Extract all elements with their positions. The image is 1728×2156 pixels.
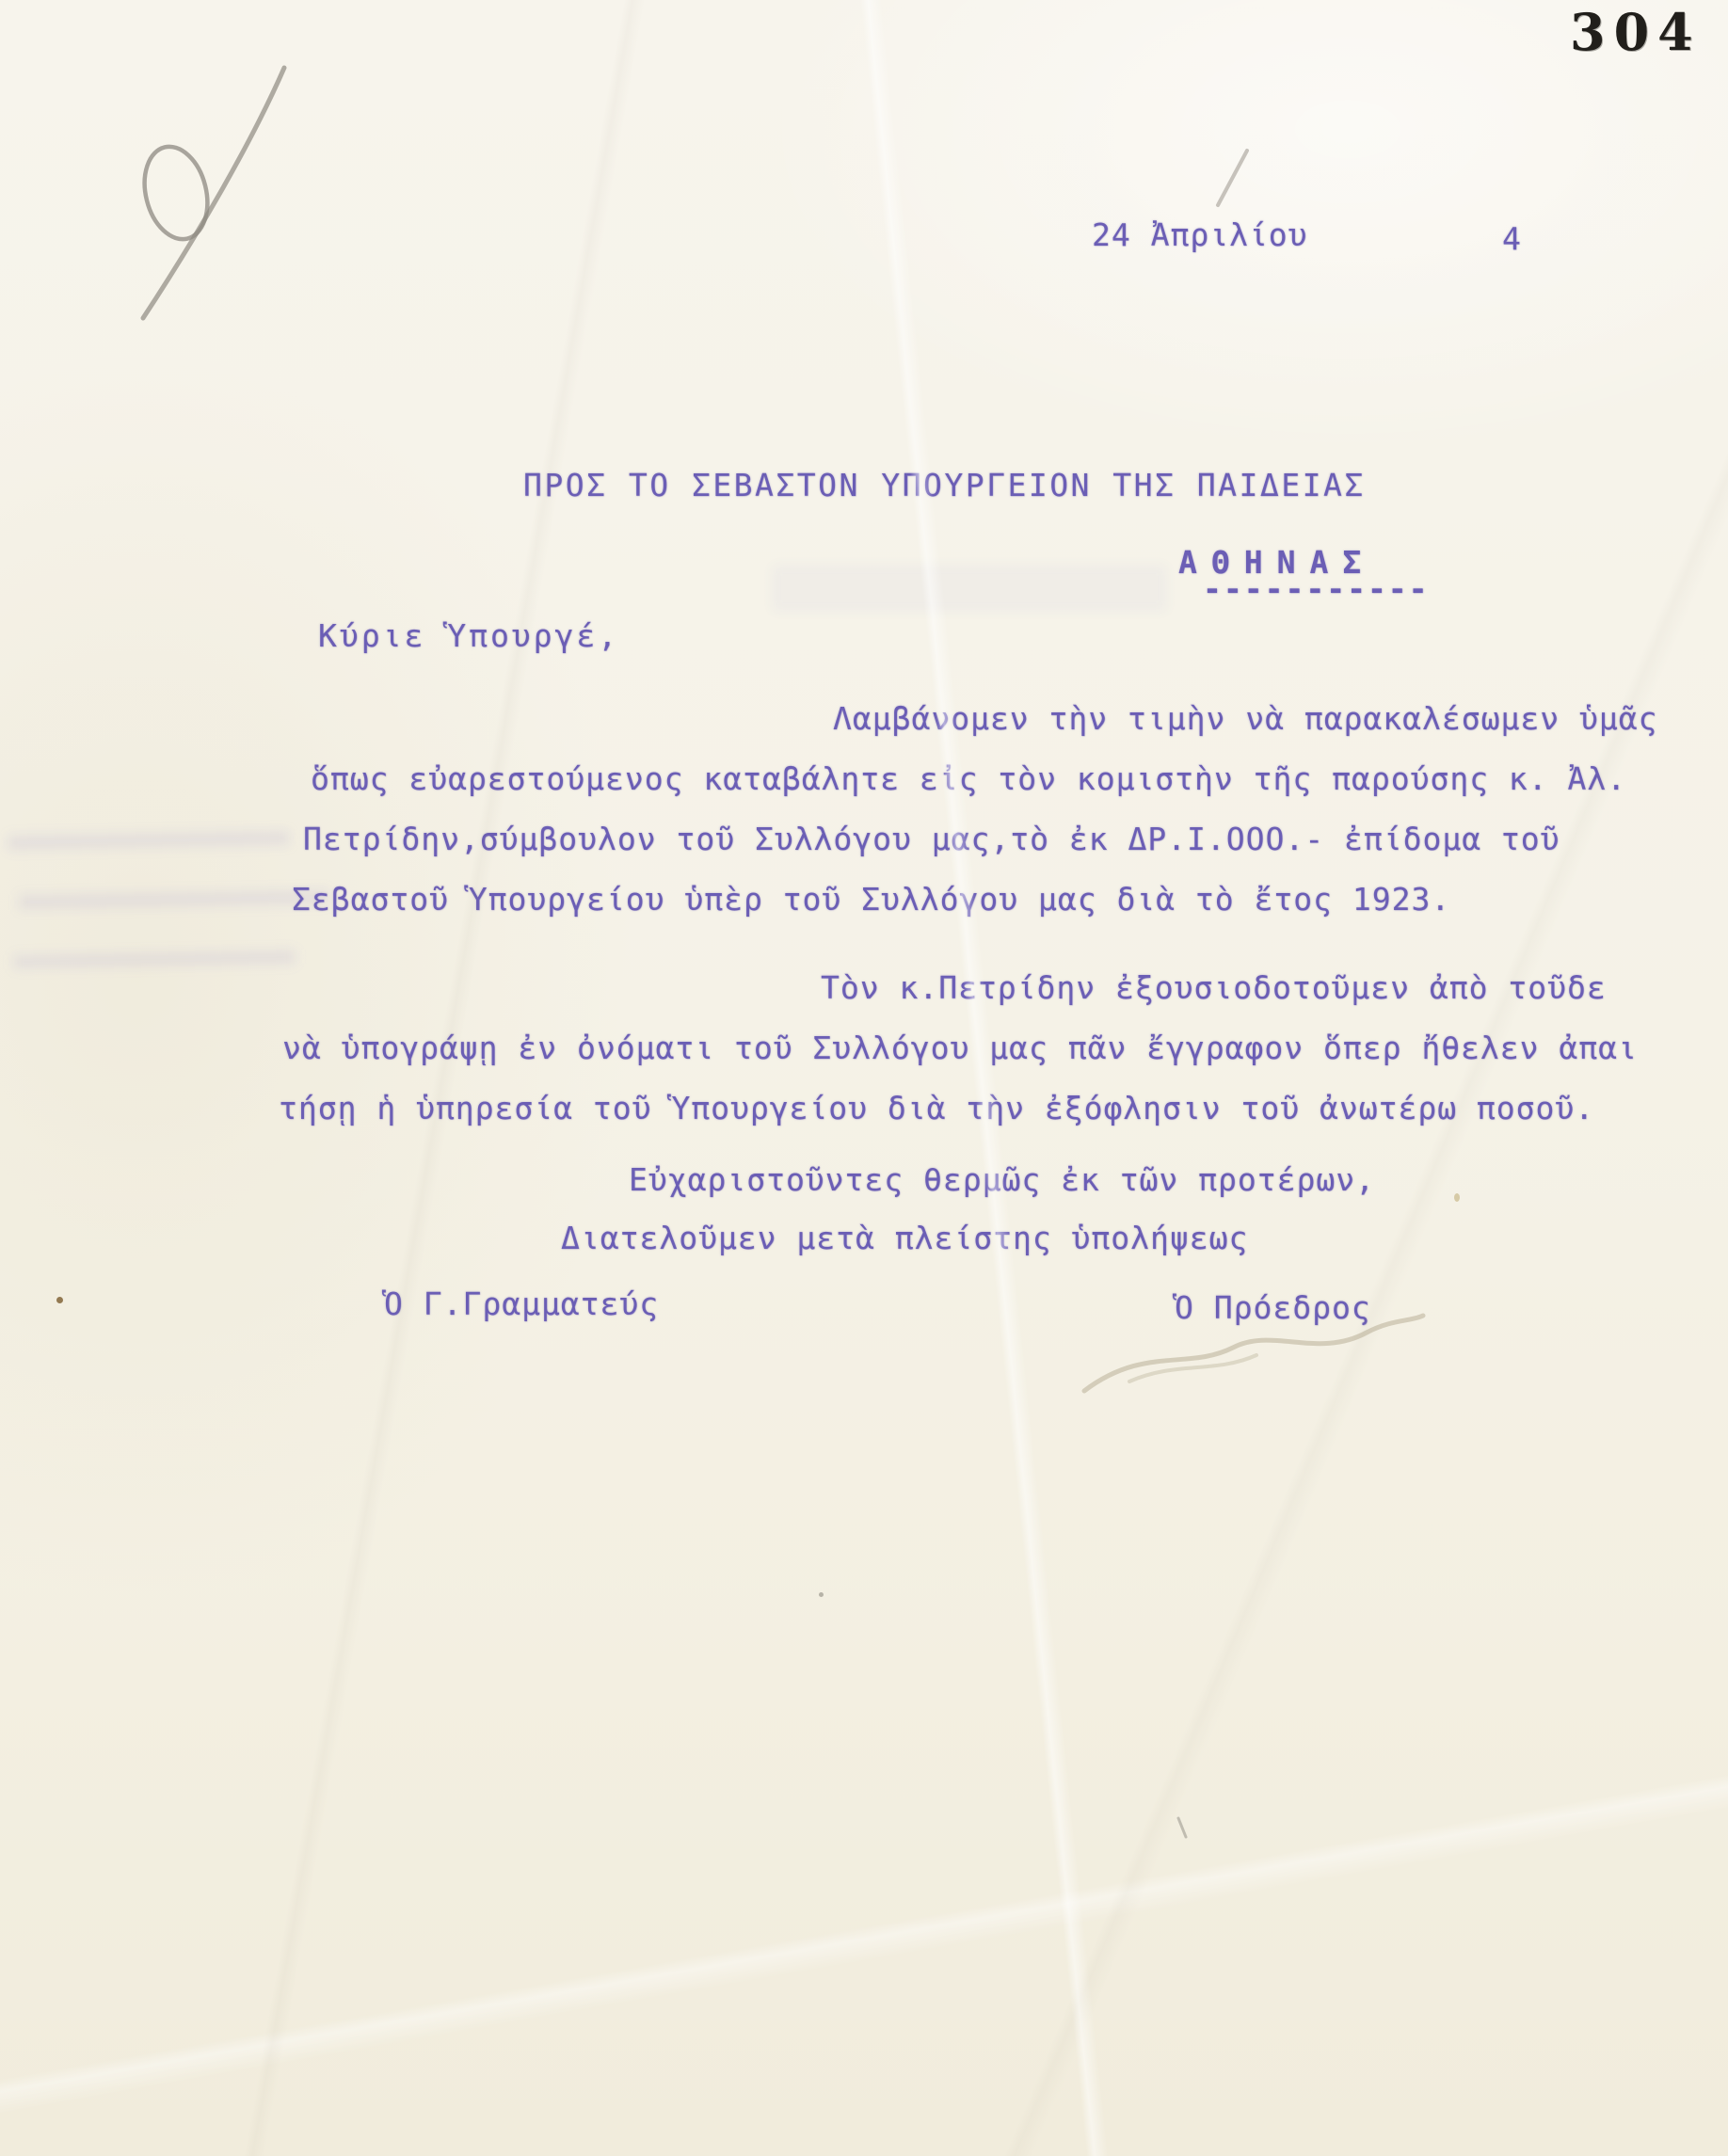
- body-line: νὰ ὑπογράψῃ ἐν ὀνόματι τοῦ Συλλόγου μας …: [282, 1031, 1638, 1065]
- signature-secretary-label: Ὁ Γ.Γραμματεύς: [384, 1287, 659, 1321]
- city-underline: -----------: [1203, 572, 1430, 606]
- body-line: Λαμβάνομεν τὴν τιμὴν νὰ παρακαλέσωμεν ὑμ…: [833, 702, 1657, 736]
- scanned-letter-page: 304 24 Ἀπριλίου 4 ΠΡΟΣ ΤΟ ΣΕΒΑΣΤΟΝ ΥΠΟΥΡ…: [0, 0, 1728, 2156]
- president-signature-scrawl-2: [1129, 1355, 1256, 1381]
- pencil-marks-overlay: [0, 0, 1728, 2156]
- small-pencil-slash: [1218, 151, 1247, 205]
- archive-number-stamp: 304: [1570, 2, 1702, 62]
- body-line: Τὸν κ.Πετρίδην ἐξουσιοδοτοῦμεν ἀπὸ τοῦδε: [821, 971, 1607, 1005]
- president-signature-scrawl: [1084, 1316, 1423, 1391]
- paper-speck: [819, 1592, 824, 1597]
- dateline-date: 24 Ἀπριλίου: [1092, 218, 1308, 252]
- closing-line: Διατελοῦμεν μετὰ πλείστης ὑπολήψεως: [561, 1222, 1248, 1255]
- body-line: Σεβαστοῦ Ὑπουργείου ὑπὲρ τοῦ Συλλόγου μα…: [292, 883, 1450, 917]
- ink-offset-smudge: [13, 950, 296, 968]
- body-line: τήσῃ ἡ ὑπηρεσία τοῦ Ὑπουργείου διὰ τὴν ἐ…: [279, 1092, 1594, 1126]
- stray-pencil-tick: [1178, 1818, 1186, 1837]
- body-line: ὅπως εὐαρεστούμενος καταβάλητε εἰς τὸν κ…: [311, 762, 1626, 796]
- ink-offset-smudge: [8, 830, 290, 850]
- paper-speck: [1454, 1193, 1460, 1202]
- paper-speck: [56, 1297, 63, 1303]
- ink-offset-smudge: [19, 889, 329, 910]
- ink-offset-smudge: [772, 565, 1167, 612]
- body-line: Πετρίδην,σύμβουλον τοῦ Συλλόγου μας,τὸ ἐ…: [303, 822, 1560, 856]
- closing-line: Εὐχαριστοῦντες θερμῶς ἐκ τῶν προτέρων,: [629, 1163, 1375, 1197]
- recipient-heading: ΠΡΟΣ ΤΟ ΣΕΒΑΣΤΟΝ ΥΠΟΥΡΓΕΙΟΝ ΤΗΣ ΠΑΙΔΕΙΑΣ: [523, 469, 1366, 503]
- pencil-zero-mark: [136, 140, 216, 247]
- salutation: Κύριε Ὑπουργέ,: [318, 619, 619, 653]
- signature-president-label: Ὁ Πρόεδρος: [1175, 1291, 1371, 1325]
- dateline-number: 4: [1502, 222, 1522, 256]
- pencil-slash-mark: [143, 68, 284, 318]
